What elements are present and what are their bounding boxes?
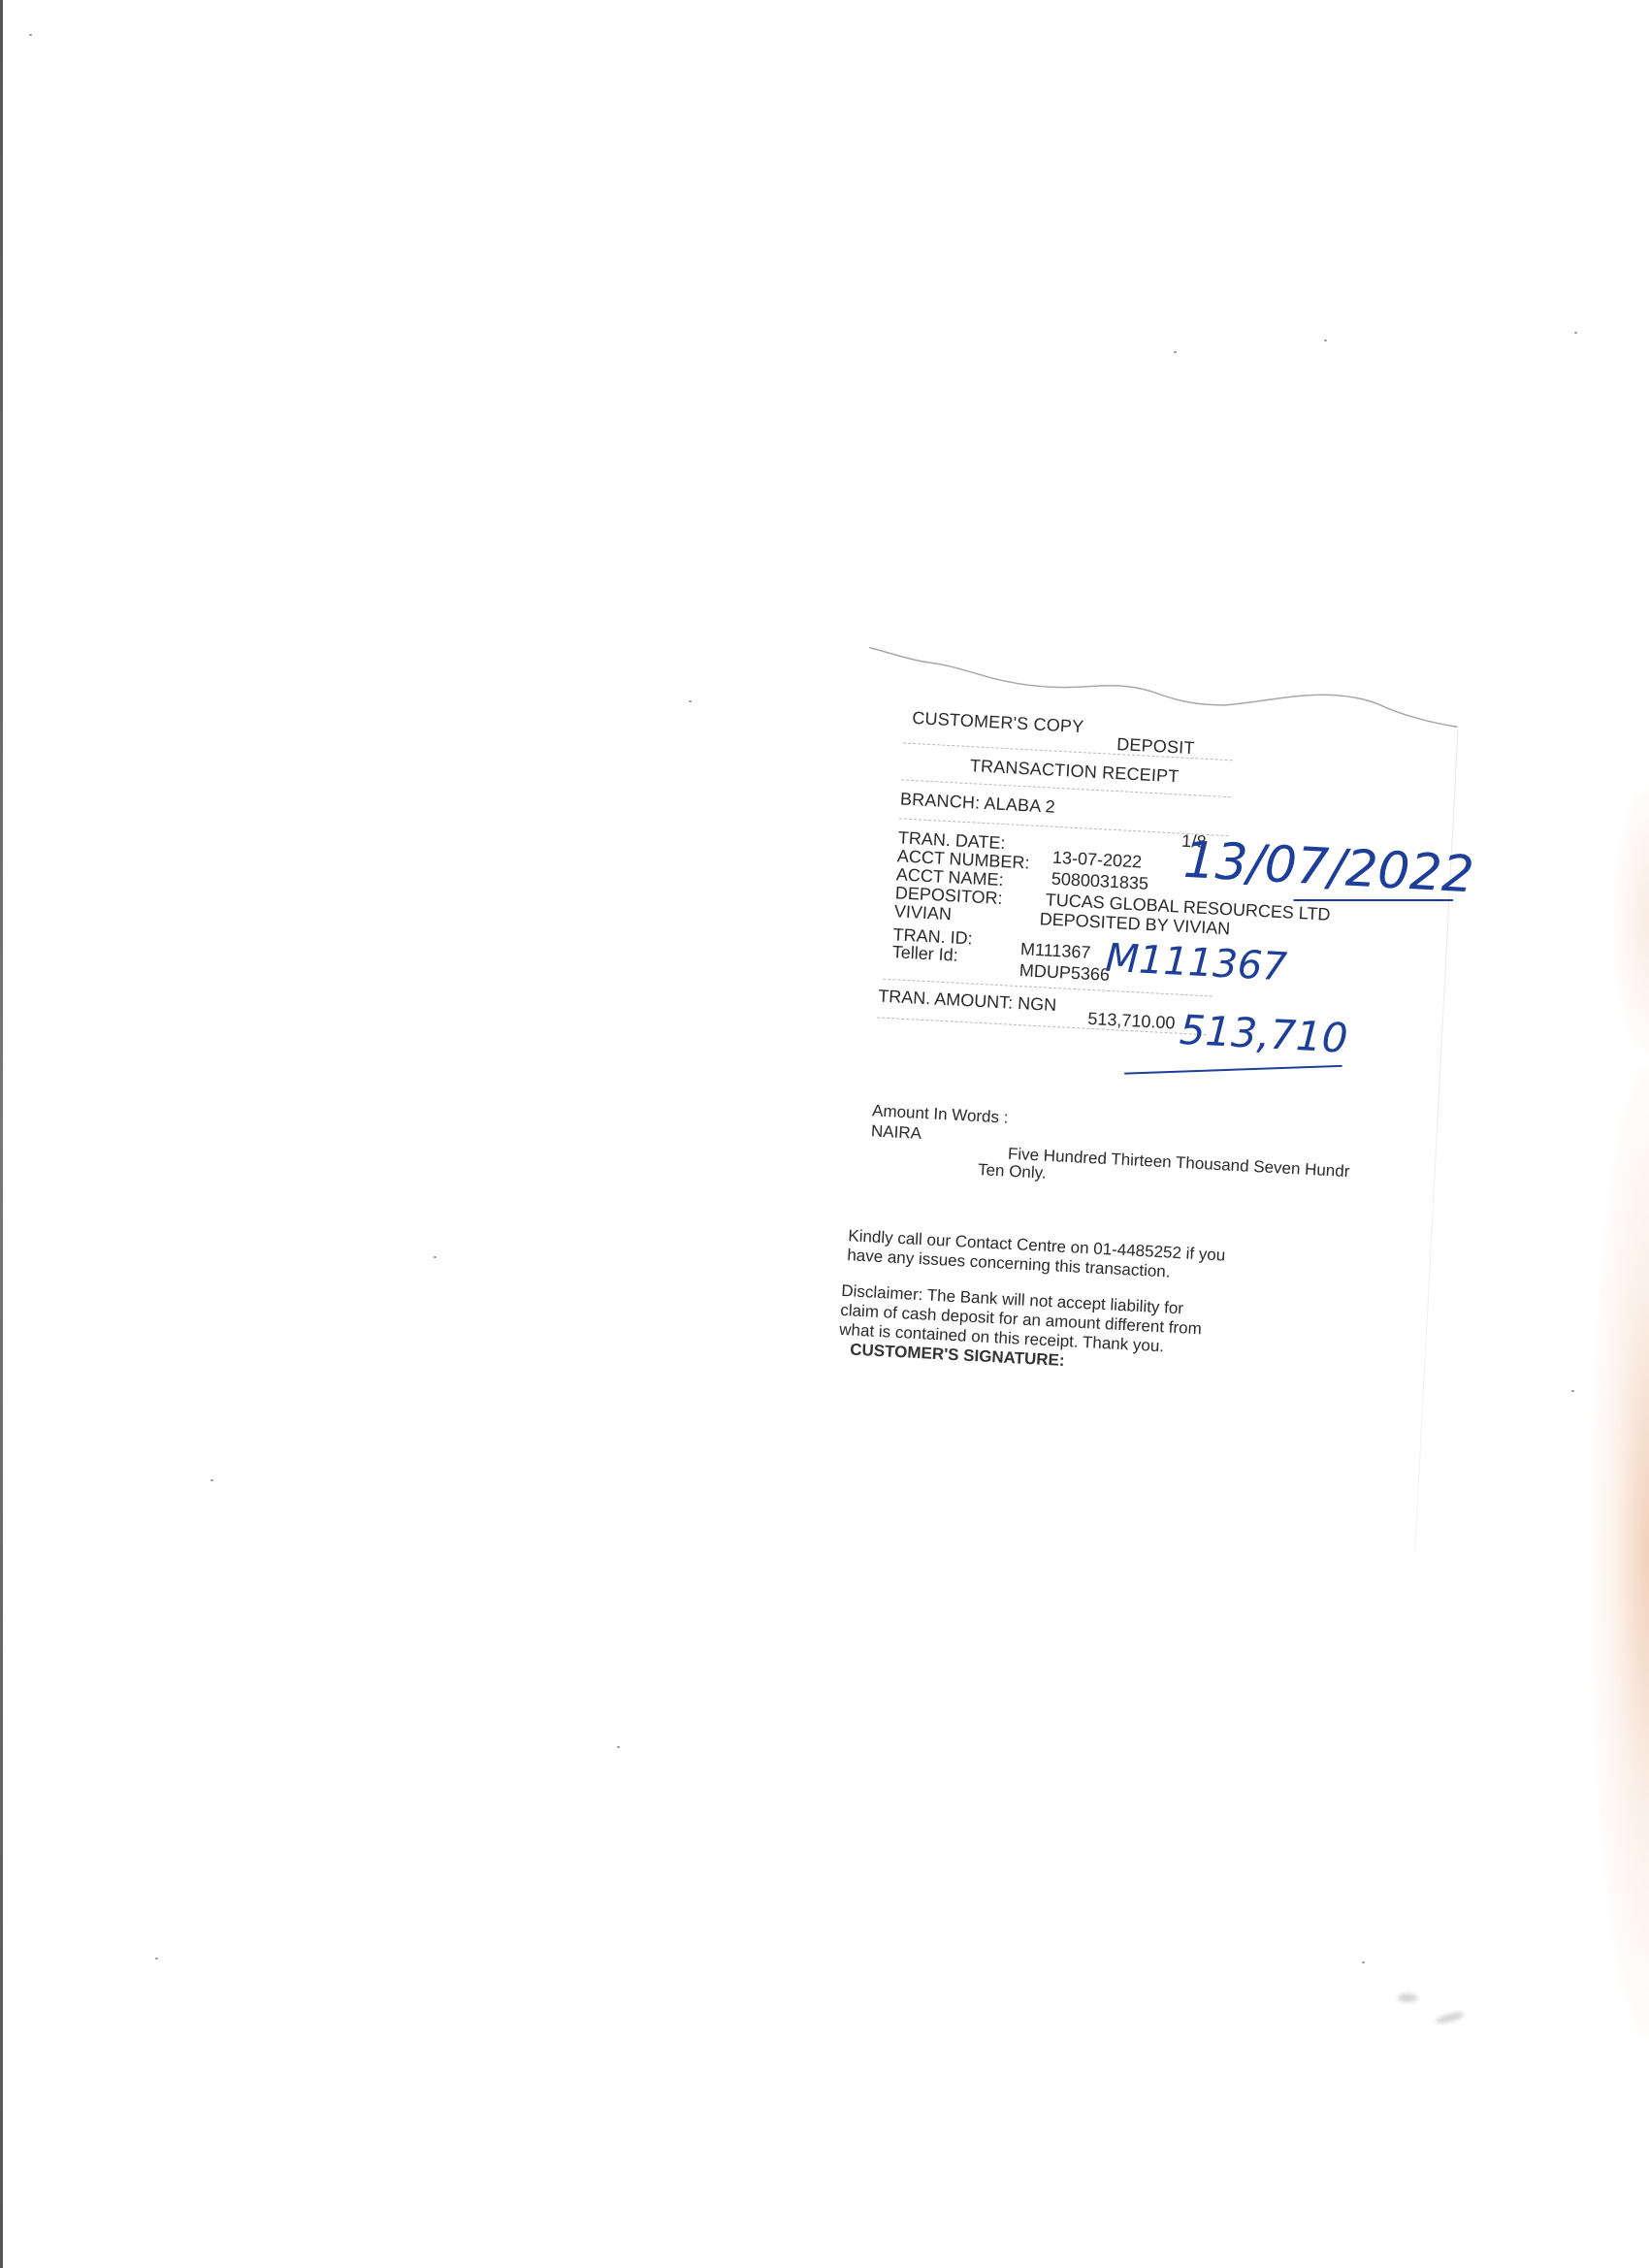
paper-stain bbox=[1591, 1067, 1649, 2037]
scan-speck bbox=[29, 34, 32, 36]
scan-speck bbox=[155, 1958, 158, 1960]
scan-speck bbox=[1174, 351, 1177, 353]
field-value-tran-id: M111367 bbox=[1020, 939, 1091, 963]
copy-label: CUSTOMER'S COPY bbox=[912, 708, 1084, 737]
scan-speck bbox=[434, 1256, 436, 1258]
field-label-teller-id: Teller Id: bbox=[891, 942, 958, 966]
paper-stain bbox=[1610, 776, 1649, 1067]
amount-in-words-line1: Five Hundred Thirteen Thousand Seven Hun… bbox=[1008, 1145, 1350, 1182]
handwritten-tran-id: M111367 bbox=[1105, 936, 1288, 990]
bank-receipt: CUSTOMER'S COPY DEPOSIT TRANSACTION RECE… bbox=[832, 669, 1459, 1571]
handwritten-underline bbox=[1124, 1065, 1342, 1075]
handwritten-underline bbox=[1293, 899, 1453, 901]
branch-name: BRANCH: ALABA 2 bbox=[899, 789, 1055, 817]
scan-smudge bbox=[1398, 1993, 1417, 2002]
field-value-teller-id: MDUP5366 bbox=[1018, 960, 1110, 986]
scan-speck bbox=[617, 1746, 620, 1748]
depositor-name: VIVIAN bbox=[893, 901, 952, 924]
scan-edge bbox=[0, 0, 3, 2268]
handwritten-amount: 513,710 bbox=[1179, 1006, 1349, 1062]
scan-speck bbox=[1571, 1390, 1574, 1392]
amount-currency: NAIRA bbox=[871, 1121, 922, 1144]
scan-speck bbox=[1362, 1961, 1365, 1963]
amount-label: TRAN. AMOUNT: NGN bbox=[878, 986, 1057, 1016]
scan-smudge bbox=[1435, 2010, 1465, 2025]
handwritten-date: 13/07/2022 bbox=[1182, 831, 1475, 905]
receipt-title: TRANSACTION RECEIPT bbox=[969, 756, 1180, 787]
scan-speck bbox=[689, 700, 692, 702]
scan-speck bbox=[210, 1479, 213, 1481]
amount-in-words-line2: Ten Only. bbox=[978, 1160, 1048, 1183]
scan-speck bbox=[1574, 332, 1577, 334]
scan-speck bbox=[1324, 340, 1327, 341]
